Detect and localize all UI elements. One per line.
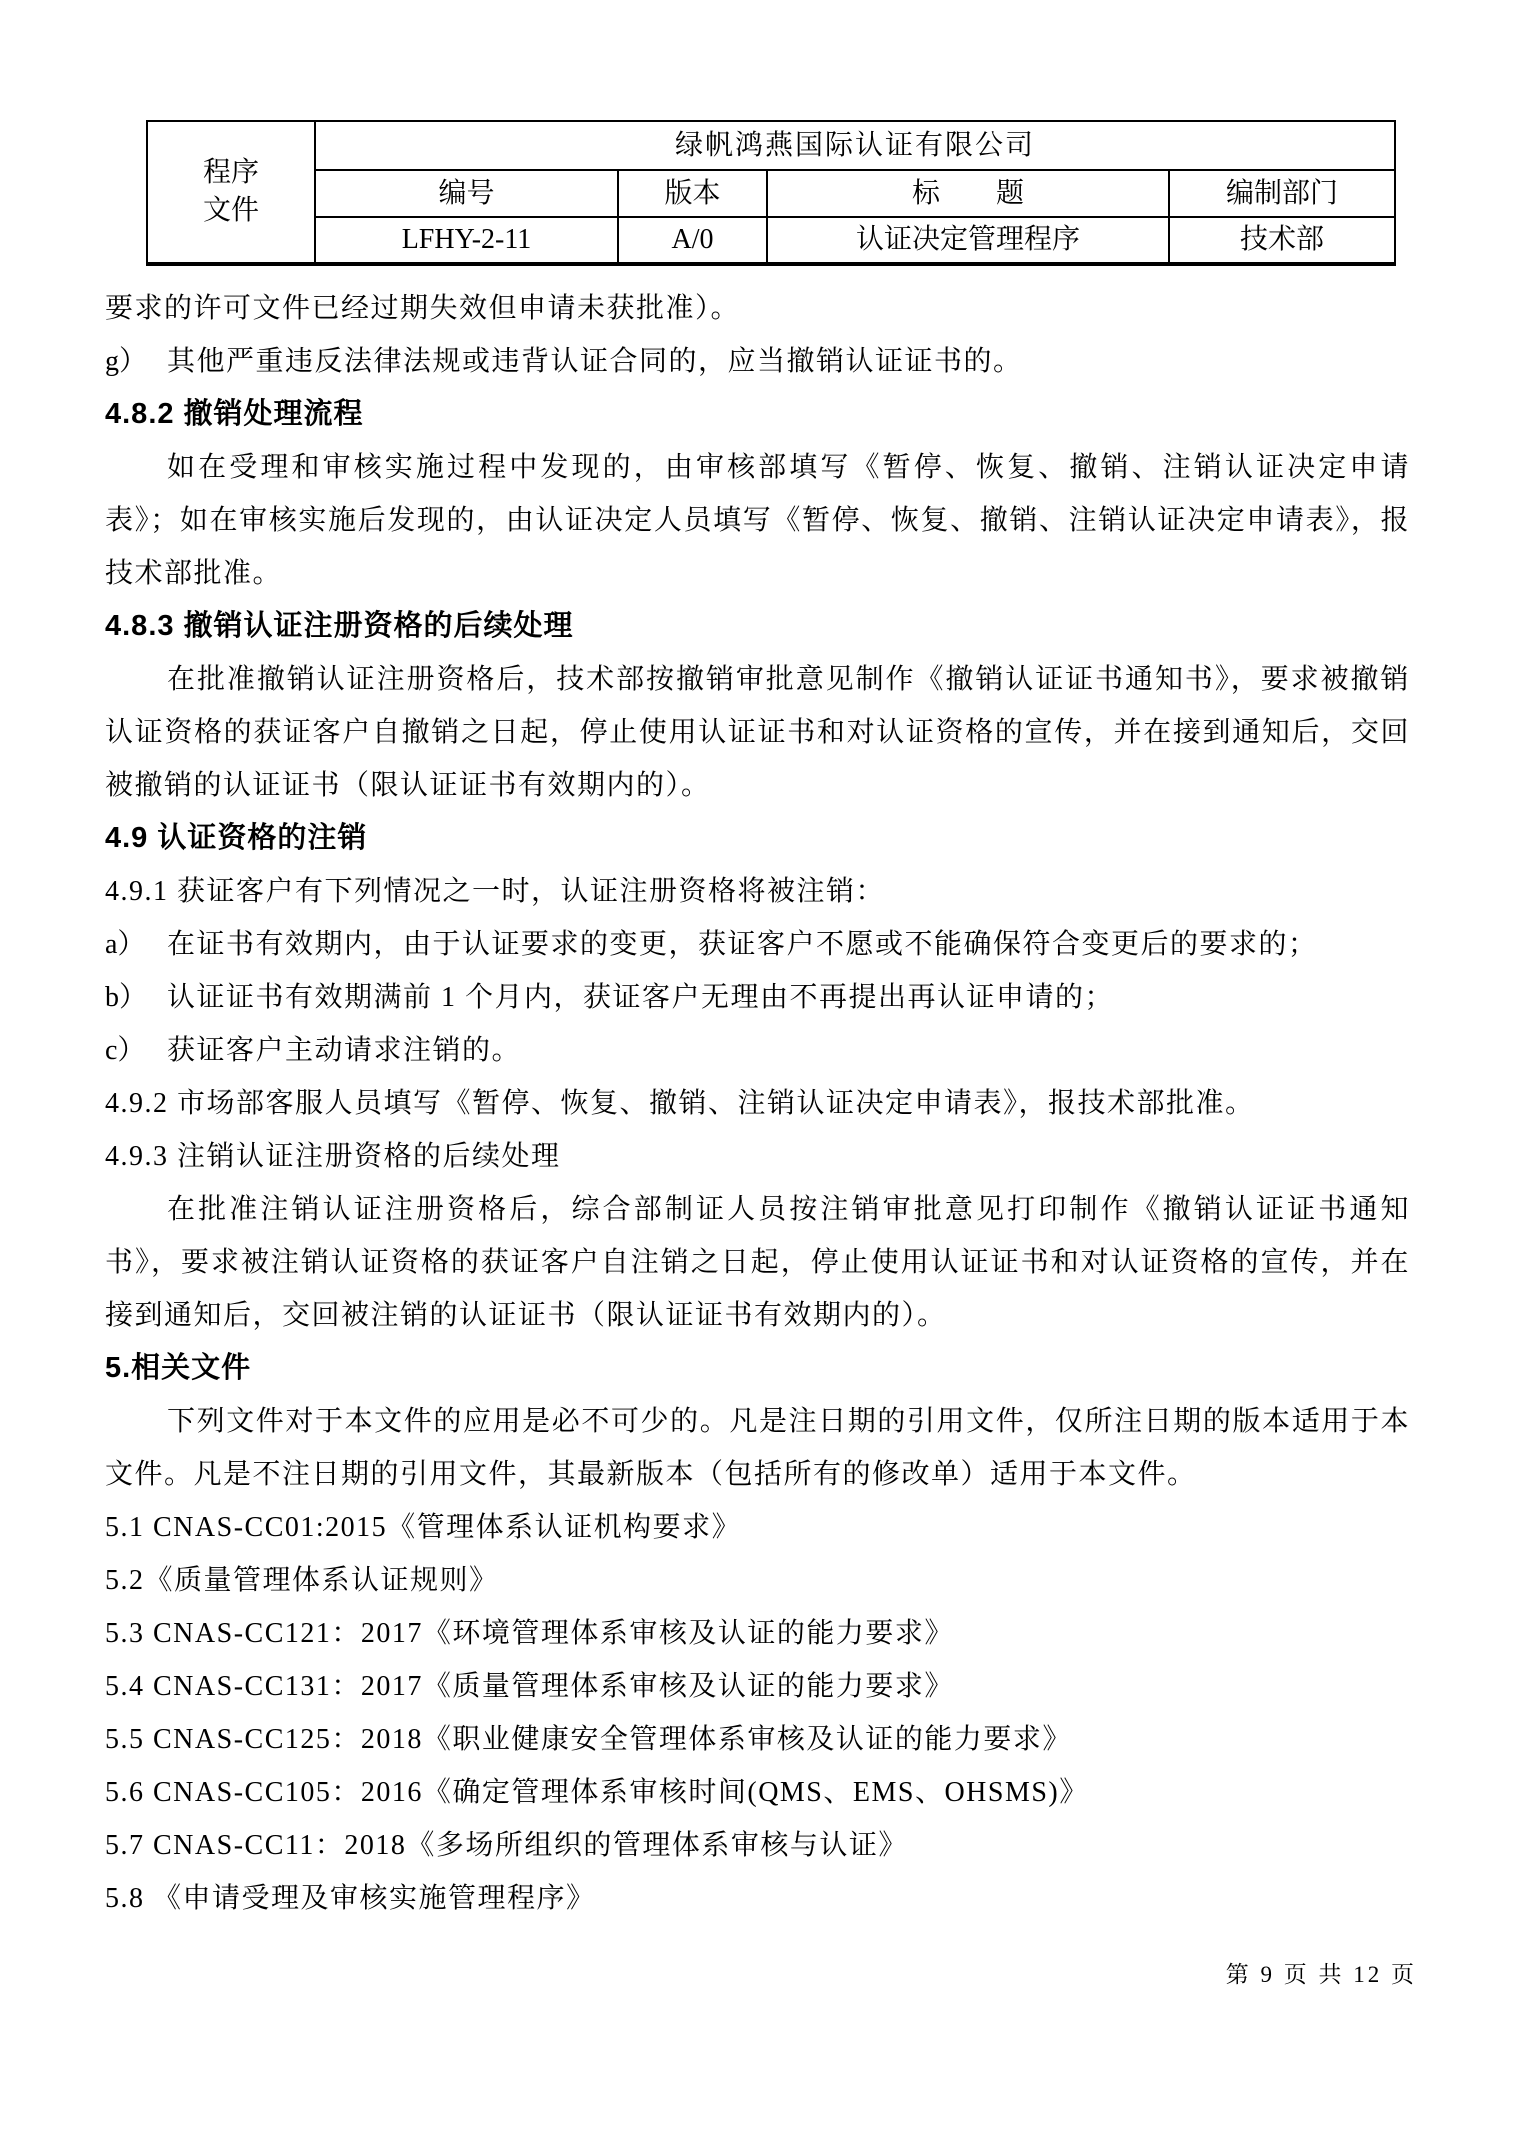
reference-5-6: 5.6 CNAS-CC105：2016《确定管理体系审核时间(QMS、EMS、O… [105, 1766, 1410, 1819]
label-department: 编制部门 [1169, 170, 1395, 217]
value-number: LFHY-2-11 [315, 217, 618, 264]
value-department: 技术部 [1169, 217, 1395, 264]
clause-c-text: 获证客户主动请求注销的。 [167, 1035, 521, 1066]
paragraph-4-9-3: 在批准注销认证注册资格后，综合部制证人员按注销审批意见打印制作《撤销认证证书通知… [105, 1183, 1410, 1342]
value-version: A/0 [618, 217, 767, 264]
clause-4-9-1: 4.9.1 获证客户有下列情况之一时，认证注册资格将被注销： [105, 865, 1410, 918]
section-heading-4-8-2: 4.8.2 撤销处理流程 [105, 388, 1410, 441]
doc-type-line2: 文件 [148, 192, 314, 230]
label-number: 编号 [315, 170, 618, 217]
document-body: 要求的许可文件已经过期失效但申请未获批准）。 g）其他严重违反法律法规或违背认证… [105, 282, 1410, 1925]
clause-a-marker: a） [105, 918, 167, 971]
section-heading-4-8-3: 4.8.3 撤销认证注册资格的后续处理 [105, 600, 1410, 653]
clause-4-9-3: 4.9.3 注销认证注册资格的后续处理 [105, 1130, 1410, 1183]
clause-g-text: 其他严重违反法律法规或违背认证合同的，应当撤销认证证书的。 [167, 346, 1023, 377]
header-table: 程序 文件 绿帆鸿燕国际认证有限公司 编号 版本 标 题 编制部门 LFHY-2… [146, 120, 1396, 266]
clause-b-marker: b） [105, 971, 167, 1024]
reference-5-3: 5.3 CNAS-CC121：2017《环境管理体系审核及认证的能力要求》 [105, 1607, 1410, 1660]
company-name: 绿帆鸿燕国际认证有限公司 [315, 121, 1395, 170]
reference-5-5: 5.5 CNAS-CC125：2018《职业健康安全管理体系审核及认证的能力要求… [105, 1713, 1410, 1766]
doc-type-cell: 程序 文件 [147, 121, 315, 264]
clause-g-marker: g） [105, 335, 167, 388]
reference-5-8: 5.8 《申请受理及审核实施管理程序》 [105, 1872, 1410, 1925]
reference-5-2: 5.2《质量管理体系认证规则》 [105, 1554, 1410, 1607]
section-heading-4-9: 4.9 认证资格的注销 [105, 812, 1410, 865]
paragraph-4-8-2: 如在受理和审核实施过程中发现的，由审核部填写《暂停、恢复、撤销、注销认证决定申请… [105, 441, 1410, 600]
clause-g: g）其他严重违反法律法规或违背认证合同的，应当撤销认证证书的。 [105, 335, 1410, 388]
value-title: 认证决定管理程序 [767, 217, 1169, 264]
paragraph-4-8-3: 在批准撤销认证注册资格后，技术部按撤销审批意见制作《撤销认证证书通知书》，要求被… [105, 653, 1410, 812]
reference-5-4: 5.4 CNAS-CC131：2017《质量管理体系审核及认证的能力要求》 [105, 1660, 1410, 1713]
page-number: 第 9 页 共 12 页 [1226, 1956, 1417, 1989]
clause-4-9-2: 4.9.2 市场部客服人员填写《暂停、恢复、撤销、注销认证决定申请表》，报技术部… [105, 1077, 1410, 1130]
reference-5-7: 5.7 CNAS-CC11：2018《多场所组织的管理体系审核与认证》 [105, 1819, 1410, 1872]
paragraph-5-intro: 下列文件对于本文件的应用是必不可少的。凡是注日期的引用文件，仅所注日期的版本适用… [105, 1395, 1410, 1501]
section-heading-5: 5.相关文件 [105, 1342, 1410, 1395]
clause-c: c）获证客户主动请求注销的。 [105, 1024, 1410, 1077]
clause-a-text: 在证书有效期内，由于认证要求的变更，获证客户不愿或不能确保符合变更后的要求的； [167, 929, 1318, 960]
clause-c-marker: c） [105, 1024, 167, 1077]
reference-5-1: 5.1 CNAS-CC01:2015《管理体系认证机构要求》 [105, 1501, 1410, 1554]
doc-type-line1: 程序 [148, 154, 314, 192]
document-page: 程序 文件 绿帆鸿燕国际认证有限公司 编号 版本 标 题 编制部门 LFHY-2… [0, 0, 1514, 2140]
label-title: 标 题 [767, 170, 1169, 217]
clause-a: a）在证书有效期内，由于认证要求的变更，获证客户不愿或不能确保符合变更后的要求的… [105, 918, 1410, 971]
clause-b-text: 认证证书有效期满前 1 个月内，获证客户无理由不再提出再认证申请的； [167, 982, 1114, 1013]
label-version: 版本 [618, 170, 767, 217]
clause-b: b）认证证书有效期满前 1 个月内，获证客户无理由不再提出再认证申请的； [105, 971, 1410, 1024]
clause-f-continuation: 要求的许可文件已经过期失效但申请未获批准）。 [105, 282, 1410, 335]
